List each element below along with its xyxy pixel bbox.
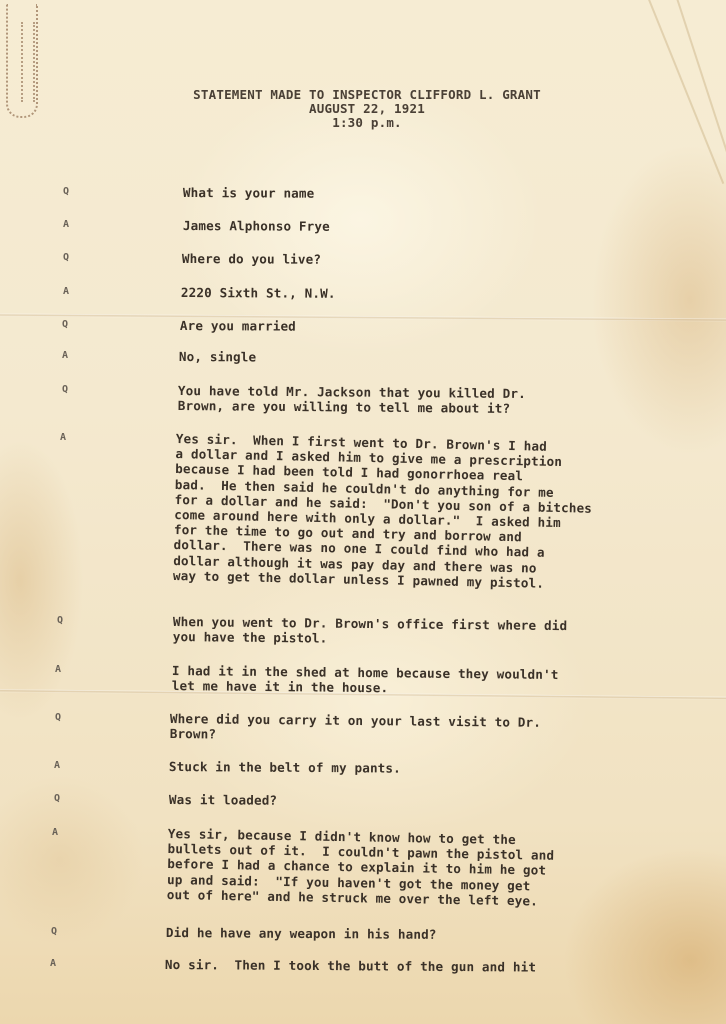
- answer-label: A: [54, 760, 60, 771]
- answer-text: Yes sir, because I didn't know how to ge…: [167, 826, 555, 909]
- answer-label: A: [52, 827, 58, 838]
- question-label: Q: [55, 712, 61, 723]
- answer-label: A: [60, 432, 66, 443]
- question-label: Q: [62, 384, 68, 395]
- question-text: You have told Mr. Jackson that you kille…: [178, 383, 526, 416]
- answer-text: I had it in the shed at home because the…: [172, 663, 559, 697]
- answer-text: 2220 Sixth St., N.W.: [181, 285, 336, 301]
- question-text: Are you married: [180, 318, 296, 334]
- answer-text: Stuck in the belt of my pants.: [169, 759, 401, 776]
- question-text: Where do you live?: [182, 251, 321, 267]
- fold-crease: [0, 313, 726, 321]
- question-label: Q: [63, 252, 69, 263]
- statement-time: 1:30 p.m.: [0, 116, 726, 130]
- statement-header: STATEMENT MADE TO INSPECTOR CLIFFORD L. …: [0, 88, 726, 130]
- typed-statement-page: STATEMENT MADE TO INSPECTOR CLIFFORD L. …: [0, 0, 726, 1024]
- question-label: Q: [63, 186, 69, 197]
- question-label: Q: [51, 926, 57, 937]
- answer-text: James Alphonso Frye: [183, 218, 330, 234]
- question-text: Was it loaded?: [169, 792, 277, 808]
- answer-label: A: [62, 350, 68, 361]
- answer-text: No, single: [179, 349, 256, 365]
- answer-label: A: [63, 219, 69, 230]
- answer-label: A: [50, 958, 56, 969]
- question-text: Did he have any weapon in his hand?: [166, 925, 437, 942]
- answer-text: Yes sir. When I first went to Dr. Brown'…: [173, 431, 594, 592]
- question-text: What is your name: [183, 185, 315, 201]
- question-label: Q: [62, 319, 68, 330]
- question-text: Where did you carry it on your last visi…: [170, 711, 541, 745]
- answer-label: A: [63, 286, 69, 297]
- statement-date: AUGUST 22, 1921: [0, 102, 726, 116]
- question-label: Q: [54, 793, 60, 804]
- question-label: Q: [57, 615, 63, 626]
- answer-text: No sir. Then I took the butt of the gun …: [165, 957, 536, 975]
- statement-title: STATEMENT MADE TO INSPECTOR CLIFFORD L. …: [0, 88, 726, 102]
- question-text: When you went to Dr. Brown's office firs…: [173, 614, 568, 649]
- answer-label: A: [55, 664, 61, 675]
